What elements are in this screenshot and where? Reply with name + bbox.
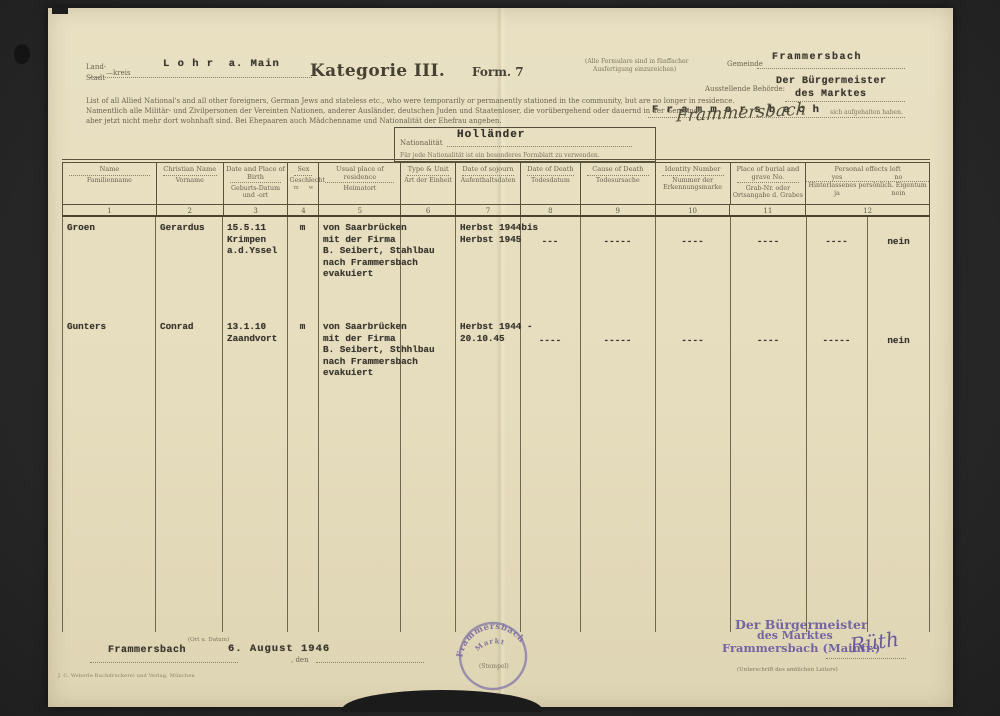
- header-divider: [325, 182, 394, 183]
- cell-identity: ----: [655, 321, 730, 379]
- cell-name: Groen: [62, 222, 155, 280]
- cell-birth: 13.1.10 Zaandvort: [222, 321, 287, 379]
- header-divider: [527, 175, 574, 176]
- signature: Rüth: [849, 627, 901, 658]
- header-divider: [294, 175, 312, 176]
- col-header-en: Sex: [288, 166, 318, 174]
- signature-dotted-line: [826, 658, 906, 659]
- footer-dotted-line2: [316, 662, 424, 663]
- table-row: Gunters Conrad 13.1.10 Zaandvort m von S…: [62, 321, 930, 379]
- col-header-death-date: Date of Death Todesdatum: [520, 163, 580, 204]
- behoerde-label: Ausstellende Behörde:: [705, 85, 785, 93]
- header-divider: [462, 175, 514, 176]
- col-header-en: Christian Name: [157, 166, 223, 174]
- col-header-de: Hinterlassenes persönlich. Eigentum: [806, 182, 929, 189]
- col-header-en: Name: [63, 166, 156, 174]
- document-page: Land- Stadt —kreis L o h r a. Main Kateg…: [48, 8, 953, 707]
- cell-burial: ----: [730, 321, 806, 379]
- cell-death-cause: -----: [580, 222, 655, 280]
- cell-residence: von Saarbrücken mit der Firma B. Seibert…: [318, 321, 400, 379]
- behoerde-value-line2: des Marktes: [795, 89, 867, 100]
- nationality-dotted-line: [447, 146, 632, 147]
- gemeinde-dotted-line: [757, 68, 905, 69]
- behoerde-suffix: sich aufgehalten haben.: [830, 109, 903, 117]
- behoerde-value-line1: Der Bürgermeister: [776, 76, 887, 87]
- cell-burial: ----: [730, 222, 806, 280]
- cell-sojourn: Herbst 1944 - 20.10.45: [455, 321, 520, 379]
- col-header-de: Todesursache: [581, 177, 655, 184]
- sex-sublabel-m: m: [293, 185, 298, 191]
- stamp-text-frammersbach: Frammersbach: [449, 614, 527, 661]
- persons-table: Name Familienname Christian Name Vorname…: [62, 159, 930, 632]
- col-number: 11: [729, 205, 805, 215]
- col-header-en: Type & Unit: [401, 166, 455, 174]
- col-header-en: Date of Death: [521, 166, 580, 174]
- sex-sublabels: m w: [288, 185, 318, 191]
- footer-date: 6. August 1946: [228, 643, 330, 655]
- col-header-christian-name: Christian Name Vorname: [156, 163, 223, 204]
- col-header-residence: Usual place of residence Heimatort: [318, 163, 400, 204]
- printer-imprint: J. C. Weberle Buchdruckerei und Verlag, …: [58, 673, 195, 679]
- col-number: 9: [580, 205, 655, 215]
- table-top-double-line: [62, 159, 930, 160]
- cell-christian-name: Gerardus: [155, 222, 222, 280]
- col-number: 10: [655, 205, 730, 215]
- cell-birth: 15.5.11 Krimpen a.d.Yssel: [222, 222, 287, 280]
- nationality-label: Nationalität: [400, 139, 443, 147]
- cell-death-cause: -----: [580, 321, 655, 379]
- table-body: Groen Gerardus 15.5.11 Krimpen a.d.Yssel…: [62, 217, 930, 632]
- footer-dotted-line1: [90, 662, 238, 663]
- kreis-dotted-line: [90, 77, 312, 78]
- table-number-row: 1 2 3 4 5 6 7 8 9 10 11 12: [62, 204, 930, 217]
- cell-death-date: ---: [520, 222, 580, 280]
- signature-sub-label: (Unterschrift des amtlichen Leiters): [737, 667, 838, 675]
- col-header-identity: Identity Number Nummer der Erkennungsmar…: [655, 163, 730, 204]
- cell-residence: von Saarbrücken mit der Firma B. Seibert…: [318, 222, 400, 280]
- scan-artifact: [14, 44, 30, 64]
- header-divider: [407, 175, 449, 176]
- col-header-de: Vorname: [157, 177, 223, 184]
- nationality-box: Nationalität Holländer Für jede National…: [394, 127, 656, 162]
- kreis-value: L o h r a. Main: [163, 58, 280, 70]
- col-header-en: Personal effects left: [806, 166, 929, 174]
- header-divider: [587, 175, 649, 176]
- col-header-en: Place of burial and grave No.: [731, 166, 806, 181]
- table-header-row: Name Familienname Christian Name Vorname…: [62, 162, 930, 204]
- col-header-birth: Date and Place of Birth Geburts-Datum un…: [223, 163, 288, 204]
- paper-tear-mark: [52, 8, 68, 14]
- cell-identity: ----: [655, 222, 730, 280]
- den-label: , den: [291, 656, 309, 664]
- effects-no-label: no: [868, 174, 929, 181]
- col-number: 4: [287, 205, 318, 215]
- col-number: 3: [223, 205, 288, 215]
- col-header-unit: Type & Unit Art der Einheit: [400, 163, 455, 204]
- cell-sojourn: Herbst 1944bis Herbst 1945: [455, 222, 520, 280]
- col-header-de: Familienname: [63, 177, 156, 184]
- cell-effects-no: nein: [867, 321, 930, 379]
- col-number: 12: [805, 205, 929, 215]
- col-header-en: Usual place of residence: [319, 166, 400, 181]
- col-header-en: Date of sojourn: [456, 166, 520, 174]
- col-header-de: Geschlecht: [288, 177, 318, 184]
- col-header-sex: Sex Geschlecht m w: [287, 163, 318, 204]
- cell-death-date: ----: [520, 321, 580, 379]
- gemeinde-label: Gemeinde: [727, 60, 763, 68]
- scanner-background: Land- Stadt —kreis L o h r a. Main Kateg…: [0, 0, 1000, 716]
- col-number: 5: [318, 205, 400, 215]
- copies-note-line1: (Alle Formulare sind in fünffacher: [585, 58, 688, 66]
- effects-ja-label: ja: [806, 190, 867, 197]
- header-divider: [69, 175, 150, 176]
- cell-christian-name: Conrad: [155, 321, 222, 379]
- cell-name: Gunters: [62, 321, 155, 379]
- col-header-de: Heimatort: [319, 185, 400, 192]
- kreis-label-line2: Stadt: [86, 74, 105, 82]
- ort-datum-label: (Ort u. Datum): [188, 637, 229, 645]
- cell-sex: m: [287, 222, 318, 280]
- form-number: Form. 7: [472, 65, 524, 79]
- col-header-effects: Personal effects left yes no Hinterlasse…: [805, 163, 929, 204]
- intro-german-line2: aber jetzt nicht mehr dort wohnhaft sind…: [86, 117, 502, 125]
- header-divider: [163, 175, 217, 176]
- col-header-en: Identity Number: [656, 166, 730, 174]
- copies-note-line2: Ausfertigung einzureichen): [593, 66, 676, 74]
- cell-effects-no: nein: [867, 222, 930, 280]
- col-header-de: Aufenthaltsdaten: [456, 177, 520, 184]
- col-header-de: Art der Einheit: [401, 177, 455, 184]
- effects-nein-label: nein: [868, 190, 929, 197]
- cell-effects-yes: ----: [806, 222, 867, 280]
- intro-german-line1: Namentlich alle Militär- und Zivilperson…: [86, 107, 702, 115]
- col-header-de: Nummer der Erkennungsmarke: [656, 177, 730, 192]
- col-header-en: Cause of Death: [581, 166, 655, 174]
- col-number: 1: [63, 205, 156, 215]
- kreis-label-brace: —kreis: [106, 69, 131, 77]
- col-header-sojourn: Date of sojourn Aufenthaltsdaten: [455, 163, 520, 204]
- sex-sublabel-w: w: [309, 185, 314, 191]
- nationality-value: Holländer: [457, 129, 525, 141]
- form-title: Kategorie III.: [310, 61, 445, 81]
- col-number: 8: [520, 205, 580, 215]
- header-divider: [737, 182, 800, 183]
- kreis-label-line1: Land-: [86, 63, 106, 71]
- effects-de-sublabels: ja nein: [806, 190, 929, 197]
- intro-english: List of all Allied National's and all ot…: [86, 97, 735, 105]
- header-divider: [662, 175, 724, 176]
- col-number: 7: [455, 205, 520, 215]
- table-row: Groen Gerardus 15.5.11 Krimpen a.d.Yssel…: [62, 222, 930, 280]
- col-header-de: Grab-Nr. oder Ortsangabe d. Grabes: [731, 185, 806, 200]
- col-number: 6: [400, 205, 455, 215]
- cell-unit: [400, 321, 455, 379]
- col-header-death-cause: Cause of Death Todesursache: [580, 163, 655, 204]
- col-header-de: Todesdatum: [521, 177, 580, 184]
- svg-text:Frammersbach: Frammersbach: [449, 614, 527, 661]
- cell-effects-yes: -----: [806, 321, 867, 379]
- col-header-en: Date and Place of Birth: [224, 166, 288, 181]
- header-divider: [230, 182, 282, 183]
- cell-sex: m: [287, 321, 318, 379]
- cell-unit: [400, 222, 455, 280]
- col-header-name: Name Familienname: [63, 163, 156, 204]
- footer-place: Frammersbach: [108, 645, 186, 656]
- gemeinde-value: Frammersbach: [772, 52, 862, 63]
- col-header-burial: Place of burial and grave No. Grab-Nr. o…: [730, 163, 806, 204]
- col-number: 2: [156, 205, 223, 215]
- effects-en-sublabels: yes no: [806, 174, 929, 182]
- col-header-de: Geburts-Datum und -ort: [224, 185, 288, 200]
- effects-yes-label: yes: [806, 174, 867, 181]
